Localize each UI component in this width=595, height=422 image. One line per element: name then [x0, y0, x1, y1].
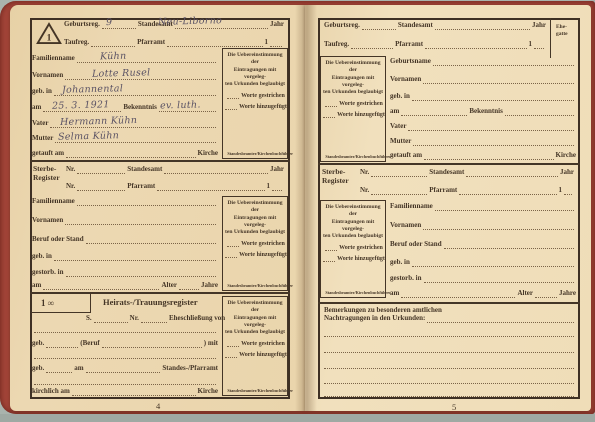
handwritten-vater: Hermann Kühn — [60, 115, 137, 128]
signer-label: Standesbeamter/Kirchenbuchführer — [227, 151, 282, 156]
certification-box: Die Uebereinstimmung der Eintragungen mi… — [222, 296, 288, 396]
certification-box: Die Uebereinstimmung der Eintragungen mi… — [222, 48, 288, 159]
mutter-label: Mutter — [390, 138, 411, 146]
jahre-label: Jahre — [559, 290, 576, 298]
jahr-label: Jahr — [270, 21, 284, 29]
right-page-number: 5 — [452, 402, 456, 412]
vornamen-label: Vornamen — [32, 217, 63, 225]
vornamen-label: Vornamen — [390, 222, 421, 230]
handwritten-mutter: Selma Kühn — [58, 130, 119, 143]
gestorben-in-label: gestorb. in — [32, 269, 64, 277]
handwritten-geburtsdatum: 25. 3. 1921 — [52, 99, 110, 112]
heirats-register-title: Heirats-/Trauungsregister — [103, 298, 198, 308]
vater-label: Vater — [32, 120, 48, 128]
handwritten-bekenntnis: ev. luth. — [160, 99, 201, 111]
pfarramt-label: Pfarramt — [395, 41, 423, 49]
page-gutter — [295, 5, 317, 411]
kirche-label: Kirche — [198, 388, 218, 396]
pfarramt-label: Pfarramt — [127, 183, 155, 191]
bekenntnis-label: Bekenntnis — [123, 104, 156, 112]
certification-box: Die Uebereinstimmung der Eintragungen mi… — [320, 200, 386, 298]
nr-label: Nr. — [130, 315, 139, 323]
am-label: am — [390, 108, 399, 116]
kirche-label: Kirche — [556, 152, 576, 160]
pfarramt-number: 1 — [267, 183, 271, 191]
cert-line: Die Uebereinstimmung der — [225, 52, 285, 67]
jahr-label: Jahr — [532, 22, 546, 30]
section-divider — [318, 302, 580, 304]
geburtsname-label: Geburtsname — [390, 58, 431, 66]
pfarramt-label: Pfarramt — [429, 187, 457, 195]
mit-label: ) mit — [204, 340, 218, 348]
geburtsreg-label: Geburtsreg. — [64, 21, 100, 29]
geb-label: geb. — [32, 365, 44, 373]
vornamen-label: Vornamen — [32, 72, 63, 80]
ehegatte-column-divider — [550, 18, 551, 58]
geburtsreg-label: Geburtsreg. — [324, 22, 360, 30]
standesamt-label: Standesamt — [127, 166, 162, 174]
geb-in-label: geb. in — [32, 253, 52, 261]
geb-in-label: geb. in — [390, 259, 410, 267]
beruf-label: Beruf oder Stand — [32, 236, 84, 244]
ehegatte-label: Ehe- gatte — [556, 24, 568, 37]
section-divider — [30, 160, 290, 162]
jahr-label: Jahr — [270, 166, 284, 174]
standes-pfarramt-label: Standes-/Pfarramt — [162, 365, 218, 373]
triangle-1-badge-icon: 1 — [36, 22, 62, 50]
beruf-label: Beruf oder Stand — [390, 241, 442, 249]
geb-label: geb. — [32, 340, 44, 348]
mutter-label: Mutter — [32, 135, 53, 143]
nr-label: Nr. — [66, 166, 75, 174]
pfarramt-label: Pfarramt — [137, 39, 165, 47]
handwritten-vornamen: Lotte Rusel — [92, 67, 151, 80]
worte-hinzugefuegt-label: Worte hinzugefügt — [239, 104, 287, 110]
marriage-entry-badge: 1 ∞ — [31, 293, 91, 313]
familienname-label: Familienname — [32, 55, 75, 63]
familienname-label: Familienname — [390, 203, 433, 211]
familienname-label: Familienname — [32, 198, 75, 206]
standesamt-label: Standesamt — [429, 169, 464, 177]
getauft-am-label: getauft am — [390, 152, 422, 160]
kirchlich-am-label: kirchlich am — [32, 388, 70, 396]
handwritten-register-number: 9 — [106, 17, 113, 28]
worte-gestrichen-label: Worte gestrichen — [241, 93, 285, 99]
beruf-open-label: (Beruf — [80, 340, 99, 348]
sterbe-register-label: Sterbe- Register — [322, 168, 349, 185]
gestorben-in-label: gestorb. in — [390, 275, 422, 283]
pfarramt-number: 1 — [265, 39, 269, 47]
vater-label: Vater — [390, 123, 406, 131]
pfarramt-number: 1 — [559, 187, 563, 195]
geb-in-label: geb. in — [390, 93, 410, 101]
jahre-label: Jahre — [201, 282, 218, 290]
svg-text:1: 1 — [47, 33, 52, 43]
scanned-register-book: 1 Geburtsreg. Standesamt Jahr Taufreg. P… — [0, 0, 595, 422]
left-page-number: 4 — [156, 401, 160, 411]
vornamen-label: Vornamen — [390, 76, 421, 84]
cert-line: ten Urkunden beglaubigt — [225, 81, 285, 88]
taufreg-label: Taufreg. — [324, 41, 349, 49]
infinity-icon: 1 ∞ — [41, 298, 54, 308]
geb-in-label: geb. in — [32, 88, 52, 96]
nr-label: Nr. — [360, 187, 369, 195]
kirche-label: Kirche — [198, 150, 218, 158]
getauft-am-label: getauft am — [32, 150, 64, 158]
seite-label: S. — [86, 315, 92, 323]
taufreg-label: Taufreg. — [64, 39, 89, 47]
am-label: am — [32, 282, 41, 290]
am-label: am — [32, 104, 41, 112]
am-label: am — [74, 365, 83, 373]
table-surface — [0, 414, 595, 422]
alter-label: Alter — [161, 282, 177, 290]
handwritten-geburtsort: Johannental — [62, 83, 123, 96]
section-divider — [318, 163, 580, 165]
certification-box: Die Uebereinstimmung der Eintragungen mi… — [222, 196, 288, 291]
certification-box: Die Uebereinstimmung der Eintragungen mi… — [320, 56, 386, 162]
eheschliessung-label: Eheschließung von — [169, 315, 225, 323]
nr-label: Nr. — [360, 169, 369, 177]
alter-label: Alter — [517, 290, 533, 298]
jahr-label: Jahr — [560, 169, 574, 177]
pfarramt-number: 1 — [529, 41, 533, 49]
standesamt-label: Standesamt — [398, 22, 433, 30]
nr-label: Nr. — [66, 183, 75, 191]
bekenntnis-label: Bekenntnis — [469, 108, 502, 116]
am-label: am — [390, 290, 399, 298]
taufreg-row: Taufreg. Pfarramt 1 — [64, 39, 284, 47]
sterbe-register-label: Sterbe- Register — [33, 165, 60, 182]
handwritten-standesamt: Neu-Liborno — [158, 15, 222, 28]
cert-line: Eintragungen mit vorgeleg- — [225, 67, 285, 82]
handwritten-familienname: Kühn — [100, 51, 127, 63]
bemerkungen-line2: Nachtragungen in den Urkunden: — [324, 315, 425, 323]
